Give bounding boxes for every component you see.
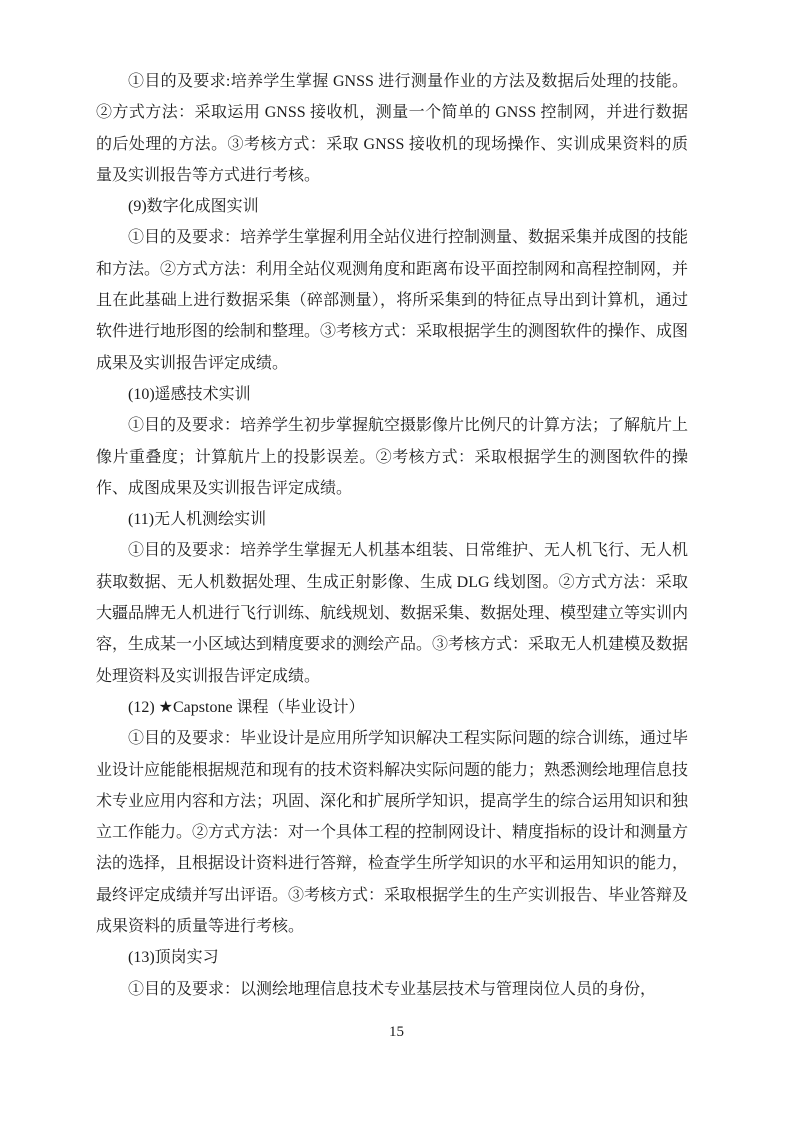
section-heading-10: (10)遥感技术实训: [96, 379, 688, 410]
paragraph-section-11: ①目的及要求：培养学生掌握无人机基本组装、日常维护、无人机飞行、无人机获取数据、…: [96, 535, 688, 691]
section-heading-9: (9)数字化成图实训: [96, 191, 688, 222]
paragraph-section-13: ①目的及要求：以测绘地理信息技术专业基层技术与管理岗位人员的身份，: [96, 974, 688, 1005]
section-heading-12: (12) ★Capstone 课程（毕业设计）: [96, 692, 688, 723]
paragraph-section-9: ①目的及要求：培养学生掌握利用全站仪进行控制测量、数据采集并成图的技能和方法。②…: [96, 222, 688, 378]
document-body: ①目的及要求:培养学生掌握 GNSS 进行测量作业的方法及数据后处理的技能。②方…: [96, 66, 688, 1005]
paragraph-section-10: ①目的及要求：培养学生初步掌握航空摄影像片比例尺的计算方法；了解航片上像片重叠度…: [96, 410, 688, 504]
section-heading-13: (13)顶岗实习: [96, 942, 688, 973]
page-number: 15: [0, 1022, 793, 1042]
document-page: ①目的及要求:培养学生掌握 GNSS 进行测量作业的方法及数据后处理的技能。②方…: [0, 0, 793, 1122]
section-heading-11: (11)无人机测绘实训: [96, 504, 688, 535]
paragraph-section-12: ①目的及要求：毕业设计是应用所学知识解决工程实际问题的综合训练，通过毕业设计应能…: [96, 723, 688, 942]
paragraph-gnss-continued: ①目的及要求:培养学生掌握 GNSS 进行测量作业的方法及数据后处理的技能。②方…: [96, 66, 688, 191]
